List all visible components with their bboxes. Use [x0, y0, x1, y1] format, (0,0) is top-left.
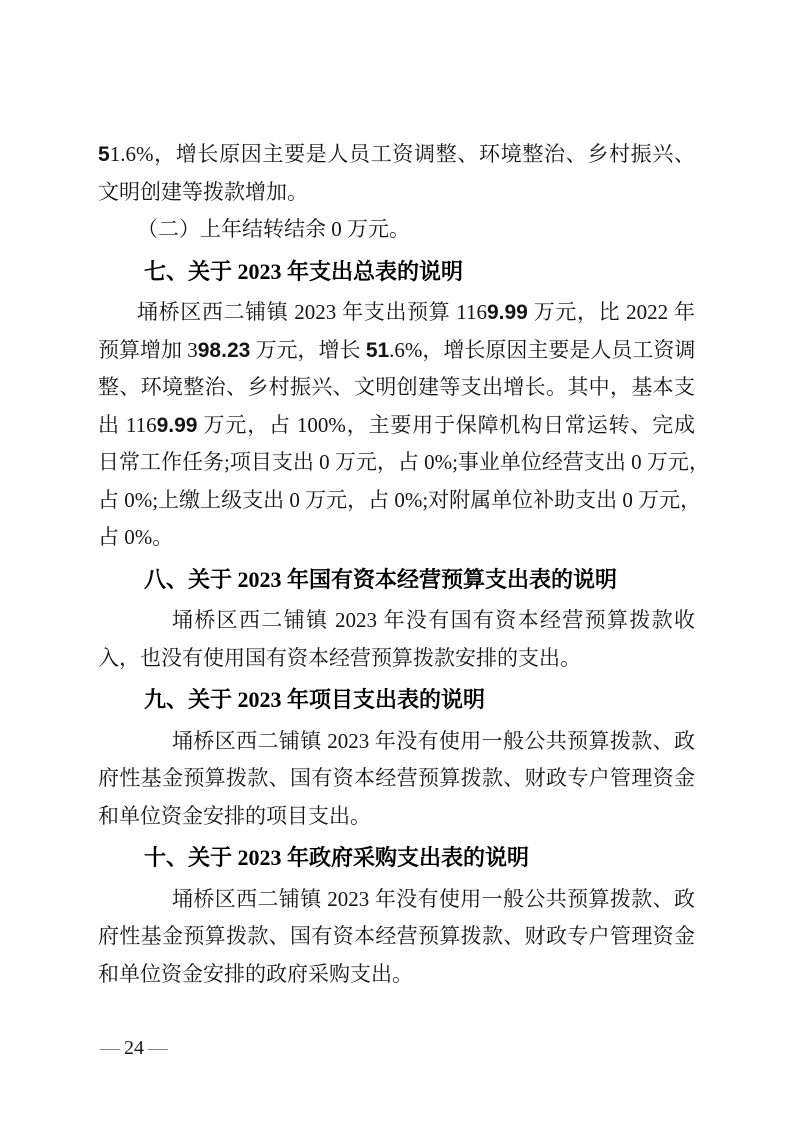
body-text: 占 0%。 [98, 525, 173, 549]
body-line-sec7-4: 出 1169.99 万元，占 100%，主要用于保障机构日常运转、完成 [98, 407, 695, 445]
body-line-sec7-5: 日常工作任务;项目支出 0 万元，占 0%;事业单位经营支出 0 万元， [98, 444, 695, 482]
body-text: 埇桥区西二铺镇 2023 年支出预算 116 [137, 300, 487, 324]
body-text: 和单位资金安排的项目支出。 [98, 804, 371, 828]
body-text: 文明创建等拨款增加。 [98, 180, 308, 204]
document-body: 51.6%，增长原因主要是人员工资调整、环境整治、乡村振兴、 文明创建等拨款增加… [98, 136, 695, 993]
body-text: 入，也没有使用国有资本经营预算拨款安排的支出。 [98, 646, 581, 670]
page-footer: —24— [96, 1034, 172, 1062]
body-text: 日常工作任务;项目支出 0 万元，占 0%;事业单位经营支出 0 万元， [98, 450, 710, 474]
body-line-sec8-1: 埇桥区西二铺镇 2023 年没有国有资本经营预算拨款收 [98, 602, 695, 640]
body-line-sec8-end: 入，也没有使用国有资本经营预算拨款安排的支出。 [98, 640, 695, 678]
body-line-sec10-end: 和单位资金安排的政府采购支出。 [98, 956, 695, 994]
body-text: 万元，增长 [250, 338, 366, 362]
bold-digit: 5 [98, 143, 110, 166]
page-number-dash-left: — [100, 1037, 120, 1059]
body-text: 府性基金预算拨款、国有资本经营预算拨款、财政专户管理资金 [98, 924, 695, 948]
body-text: 和单位资金安排的政府采购支出。 [98, 962, 413, 986]
heading-text: 七、关于 2023 年支出总表的说明 [144, 259, 463, 284]
body-line-sec7-6: 占 0%;上缴上级支出 0 万元，占 0%;对附属单位补助支出 0 万元， [98, 482, 695, 520]
bold-digit: 9.99 [157, 414, 198, 437]
body-line-sec9-1: 埇桥区西二铺镇 2023 年没有使用一般公共预算拨款、政 [98, 723, 695, 761]
body-text: .6%，增长原因主要是人员工资调 [389, 338, 695, 362]
body-text: （二）上年结转结余 0 万元。 [137, 217, 410, 241]
body-text: 万元，占 100%，主要用于保障机构日常运转、完成 [197, 413, 695, 437]
body-text: 1.6%，增长原因主要是人员工资调整、环境整治、乡村振兴、 [110, 142, 695, 166]
heading-section-10: 十、关于 2023 年政府采购支出表的说明 [98, 839, 695, 877]
body-line-sec7-1: 埇桥区西二铺镇 2023 年支出预算 1169.99 万元，比 2022 年 [98, 294, 695, 332]
body-text: 出 116 [98, 413, 157, 437]
body-text: 整、环境整治、乡村振兴、文明创建等支出增长。其中，基本支 [98, 375, 695, 399]
body-line-sec9-2: 府性基金预算拨款、国有资本经营预算拨款、财政专户管理资金 [98, 760, 695, 798]
body-text: 府性基金预算拨款、国有资本经营预算拨款、财政专户管理资金 [98, 766, 695, 790]
body-text: 万元，比 2022 年 [528, 300, 695, 324]
body-text: 预算增加 3 [98, 338, 198, 362]
body-line-growth-reason: 51.6%，增长原因主要是人员工资调整、环境整治、乡村振兴、 [98, 136, 695, 174]
body-line-sec7-end: 占 0%。 [98, 519, 695, 557]
page-number: 24 [124, 1037, 144, 1059]
body-line-sec10-1: 埇桥区西二铺镇 2023 年没有使用一般公共预算拨款、政 [98, 881, 695, 919]
body-line-sec7-3: 整、环境整治、乡村振兴、文明创建等支出增长。其中，基本支 [98, 369, 695, 407]
heading-section-9: 九、关于 2023 年项目支出表的说明 [98, 681, 695, 719]
body-text: 埇桥区西二铺镇 2023 年没有使用一般公共预算拨款、政 [172, 729, 695, 753]
heading-section-7: 七、关于 2023 年支出总表的说明 [98, 253, 695, 291]
body-line-sec10-2: 府性基金预算拨款、国有资本经营预算拨款、财政专户管理资金 [98, 918, 695, 956]
body-line-sec7-2: 预算增加 398.23 万元，增长 51.6%，增长原因主要是人员工资调 [98, 332, 695, 370]
page-number-dash-right: — [148, 1037, 168, 1059]
bold-digit: 9.99 [487, 301, 528, 324]
body-text: 占 0%;上缴上级支出 0 万元，占 0%;对附属单位补助支出 0 万元， [98, 488, 701, 512]
heading-text: 九、关于 2023 年项目支出表的说明 [144, 687, 485, 712]
body-line-para-end: 文明创建等拨款增加。 [98, 174, 695, 212]
document-page: { "doc": { "lines": [ { "s0": "5", "s1":… [0, 0, 793, 1122]
heading-text: 十、关于 2023 年政府采购支出表的说明 [144, 845, 529, 870]
body-text: 埇桥区西二铺镇 2023 年没有国有资本经营预算拨款收 [172, 608, 695, 632]
bold-digit: 51 [366, 339, 389, 362]
body-line-sec9-end: 和单位资金安排的项目支出。 [98, 798, 695, 836]
body-text: 埇桥区西二铺镇 2023 年没有使用一般公共预算拨款、政 [172, 887, 695, 911]
heading-text: 八、关于 2023 年国有资本经营预算支出表的说明 [144, 567, 617, 592]
body-line-item-2-carryover: （二）上年结转结余 0 万元。 [98, 211, 695, 249]
heading-section-8: 八、关于 2023 年国有资本经营预算支出表的说明 [98, 561, 695, 599]
bold-digit: 98.23 [198, 339, 251, 362]
